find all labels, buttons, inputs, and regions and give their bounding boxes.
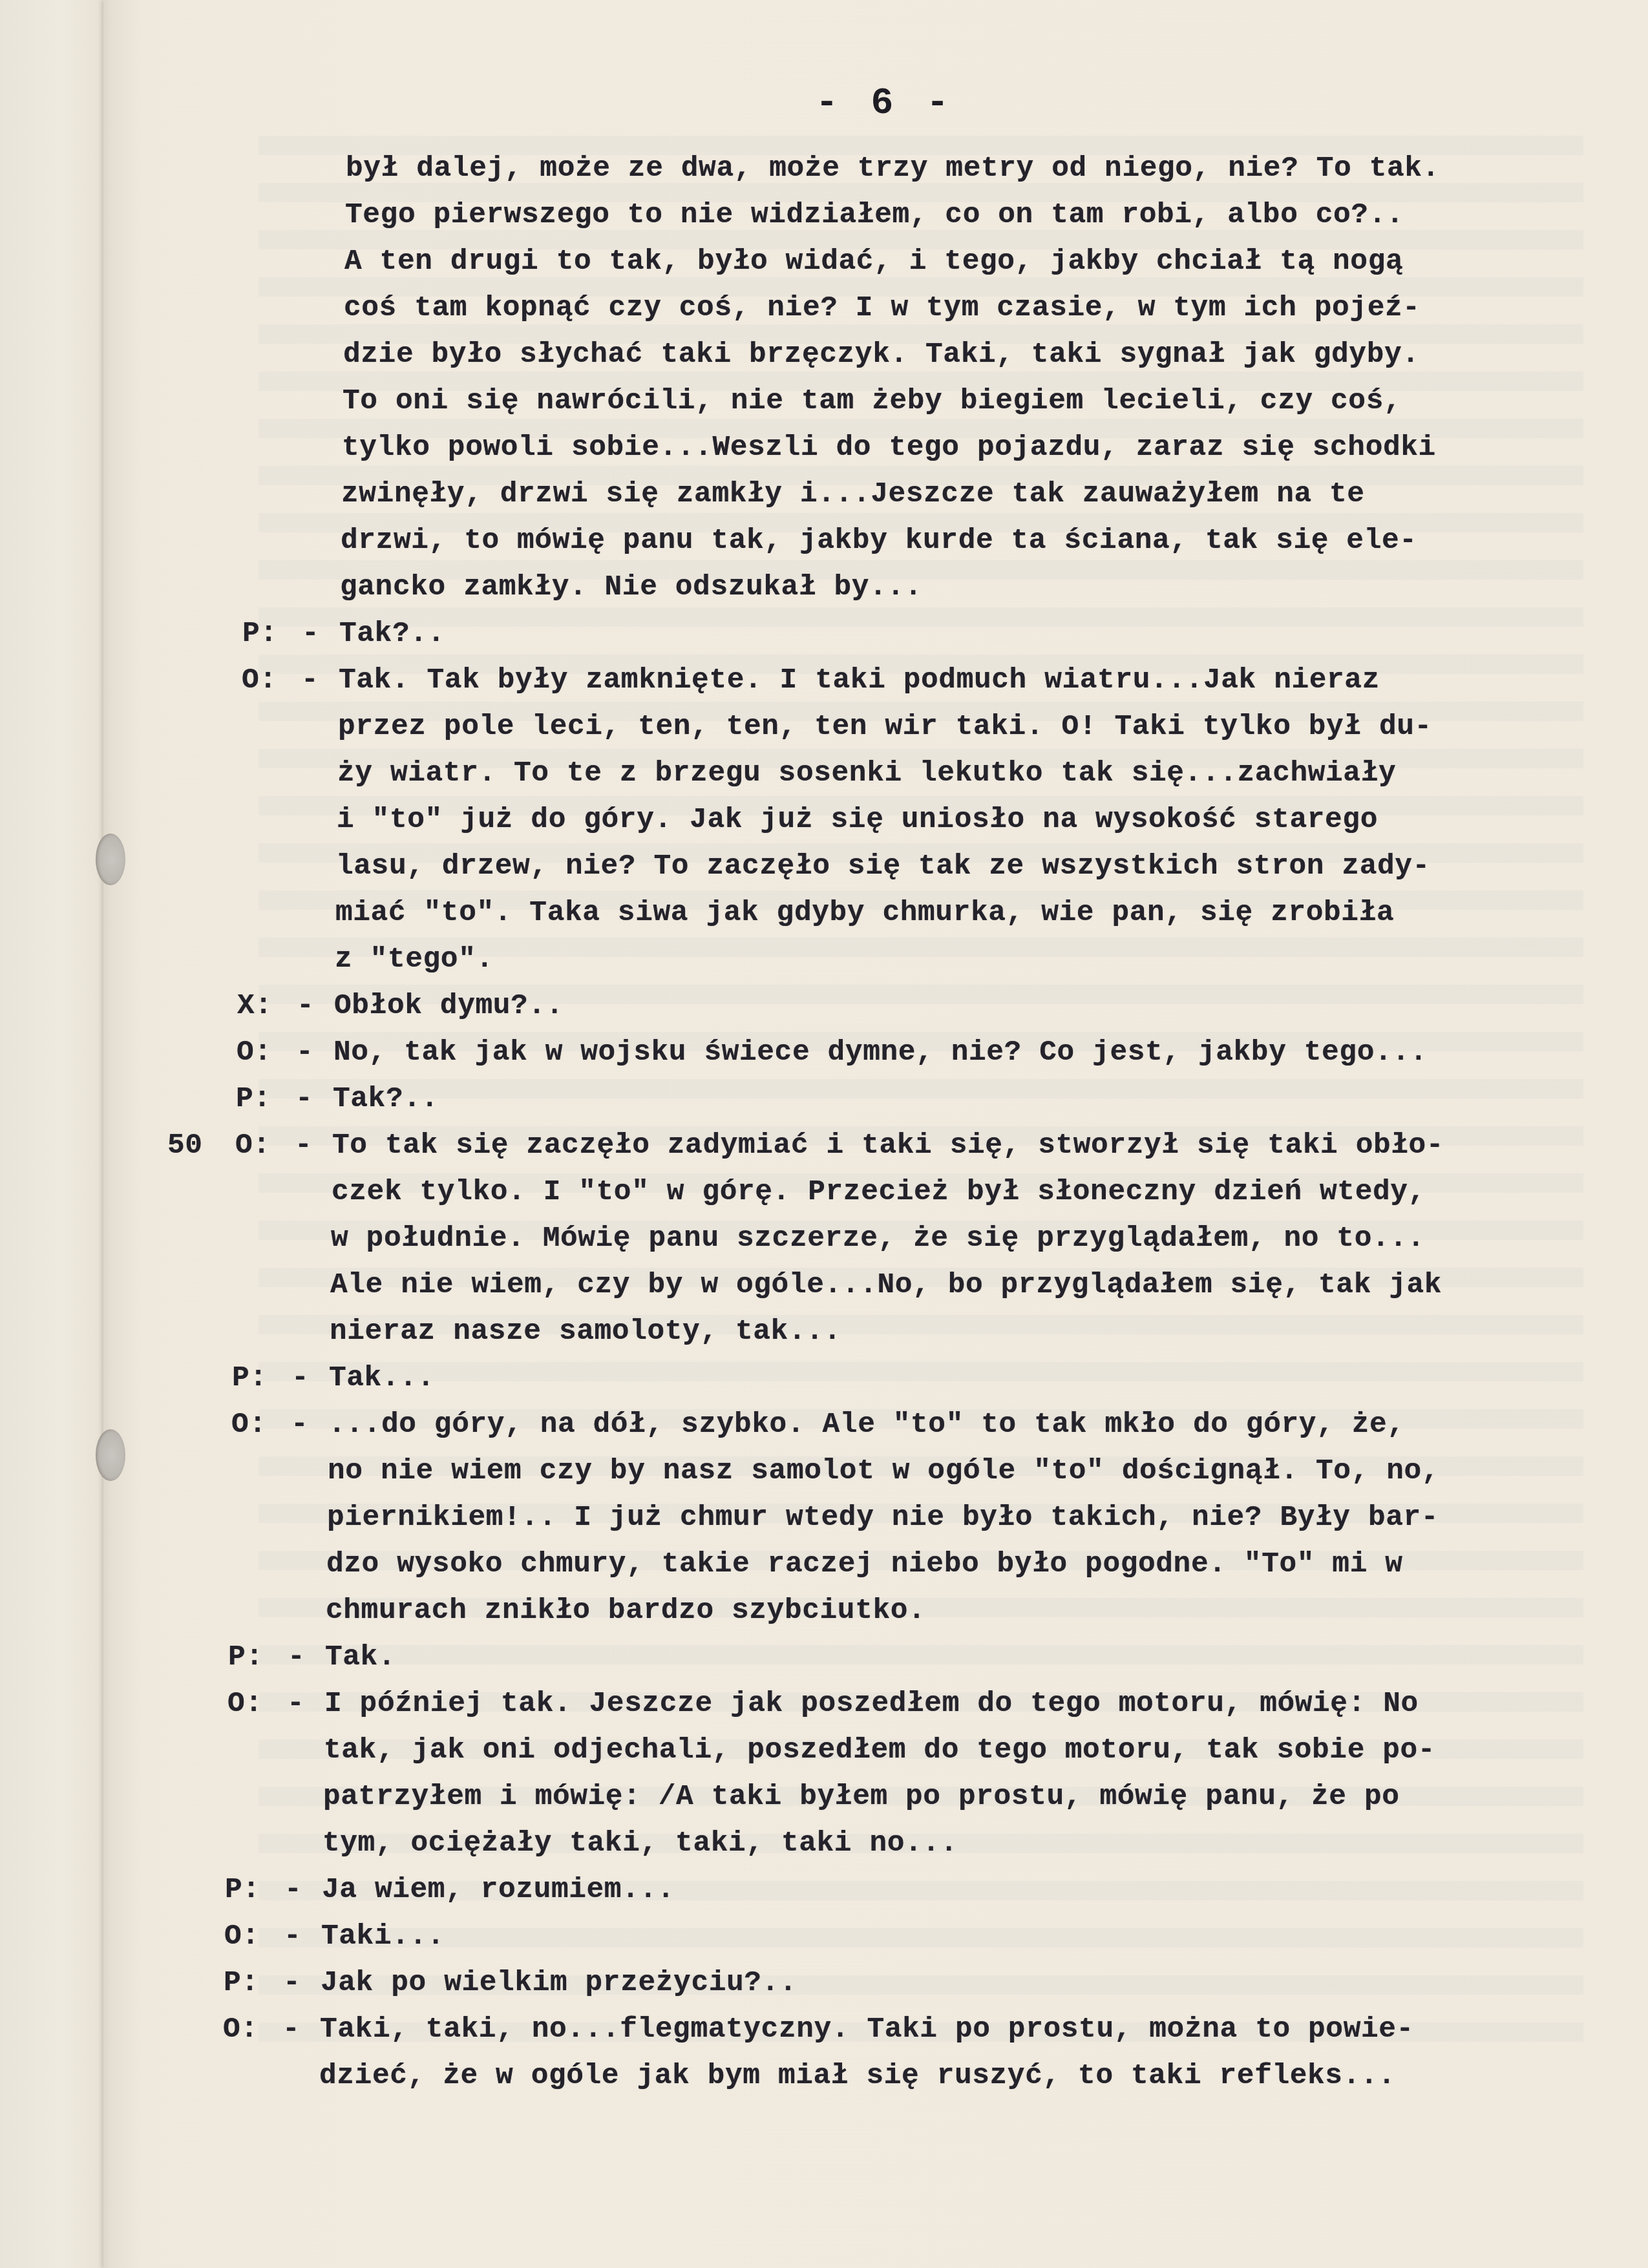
continuation-line: zwinęły, drzwi się zamkły i...Jeszcze ta… [341, 471, 1365, 518]
speaker-label: O: [231, 1402, 267, 1449]
utterance-line: ...do góry, na dół, szybko. Ale "to" to … [328, 1402, 1405, 1449]
continuation-line: coś tam kopnąć czy coś, nie? I w tym cza… [344, 285, 1421, 332]
transcript-body: był dalej, może ze dwa, może trzy metry … [0, 0, 1648, 2268]
utterance-line: Tak. [325, 1634, 396, 1681]
speaker-dash: - [301, 657, 319, 704]
continuation-line: To oni się nawrócili, nie tam żeby biegi… [343, 378, 1401, 425]
speaker-dash: - [302, 611, 319, 658]
speaker-dash: - [297, 983, 314, 1030]
utterance-line: Tak?.. [339, 611, 445, 658]
continuation-line: z "tego". [335, 936, 494, 983]
speaker-dash: - [295, 1076, 313, 1123]
speaker-label: O: [237, 1029, 272, 1076]
speaker-label: O: [223, 2006, 259, 2053]
utterance-line: Tak... [329, 1355, 435, 1402]
speaker-dash: - [287, 1681, 304, 1728]
speaker-dash: - [283, 1960, 301, 2007]
speaker-dash: - [288, 1634, 305, 1681]
continuation-line: czek tylko. I "to" w górę. Przecież był … [332, 1169, 1426, 1216]
continuation-line: Tego pierwszego to nie widziałem, co on … [345, 192, 1404, 239]
utterance-line: Tak. Tak były zamknięte. I taki podmuch … [339, 657, 1380, 704]
continuation-line: A ten drugi to tak, było widać, i tego, … [344, 238, 1403, 286]
speaker-dash: - [296, 1029, 313, 1076]
utterance-line: Taki, taki, no...flegmatyczny. Taki po p… [320, 2006, 1414, 2053]
speaker-dash: - [284, 1867, 302, 1914]
continuation-line: chmurach znikło bardzo szybciutko. [326, 1588, 925, 1635]
continuation-line: tak, jak oni odjechali, poszedłem do teg… [324, 1727, 1435, 1774]
continuation-line: tym, ociężały taki, taki, taki no... [322, 1820, 958, 1867]
utterance-line: Jak po wielkim przeżyciu?.. [321, 1960, 797, 2007]
speaker-dash: - [291, 1402, 308, 1449]
continuation-line: nieraz nasze samoloty, tak... [330, 1308, 841, 1356]
utterance-line: I później tak. Jeszcze jak poszedłem do … [324, 1681, 1419, 1728]
utterance-line: To tak się zaczęło zadymiać i taki się, … [332, 1122, 1444, 1170]
speaker-dash: - [282, 2006, 300, 2053]
continuation-line: był dalej, może ze dwa, może trzy metry … [346, 145, 1440, 193]
continuation-line: gancko zamkły. Nie odszukał by... [340, 564, 922, 611]
speaker-dash: - [295, 1122, 312, 1170]
speaker-label: X: [237, 983, 273, 1030]
utterance-line: No, tak jak w wojsku świece dymne, nie? … [333, 1029, 1428, 1076]
continuation-line: ży wiatr. To te z brzegu sosenki lekutko… [337, 750, 1396, 797]
speaker-label: P: [236, 1076, 271, 1123]
speaker-label: O: [242, 657, 277, 704]
speaker-label: O: [235, 1122, 271, 1170]
speaker-label: P: [224, 1960, 259, 2007]
continuation-line: dzieć, że w ogóle jak bym miał się ruszy… [319, 2053, 1396, 2100]
continuation-line: miać "to". Taka siwa jak gdyby chmurka, … [335, 890, 1394, 937]
speaker-label: O: [224, 1913, 260, 1960]
utterance-line: Ja wiem, rozumiem... [322, 1867, 675, 1914]
continuation-line: i "to" już do góry. Jak już się uniosło … [337, 797, 1378, 844]
continuation-line: lasu, drzew, nie? To zaczęło się tak ze … [336, 843, 1430, 890]
continuation-line: tylko powoli sobie...Weszli do tego poja… [342, 425, 1436, 472]
continuation-line: Ale nie wiem, czy by w ogóle...No, bo pr… [330, 1262, 1442, 1309]
continuation-line: dzo wysoko chmury, takie raczej niebo by… [326, 1541, 1403, 1588]
utterance-line: Obłok dymu?.. [334, 983, 564, 1030]
speaker-label: P: [225, 1867, 260, 1914]
continuation-line: w południe. Mówię panu szczerze, że się … [331, 1215, 1425, 1263]
speaker-label: O: [227, 1681, 263, 1728]
continuation-line: patrzyłem i mówię: /A taki byłem po pros… [323, 1774, 1400, 1821]
continuation-line: drzwi, to mówię panu tak, jakby kurde ta… [341, 518, 1417, 565]
speaker-dash: - [291, 1355, 309, 1402]
utterance-line: Tak?.. [333, 1076, 439, 1123]
continuation-line: dzie było słychać taki brzęczyk. Taki, t… [343, 331, 1420, 379]
speaker-label: P: [242, 611, 278, 658]
speaker-label: P: [228, 1634, 264, 1681]
speaker-label: P: [232, 1355, 268, 1402]
speaker-dash: - [284, 1913, 301, 1960]
continuation-line: piernikiem!.. I już chmur wtedy nie było… [327, 1495, 1439, 1542]
continuation-line: przez pole leci, ten, ten, ten wir taki.… [338, 704, 1432, 751]
utterance-line: Taki... [321, 1913, 445, 1960]
margin-line-number: 50 [167, 1122, 203, 1170]
continuation-line: no nie wiem czy by nasz samolot w ogóle … [328, 1448, 1439, 1495]
